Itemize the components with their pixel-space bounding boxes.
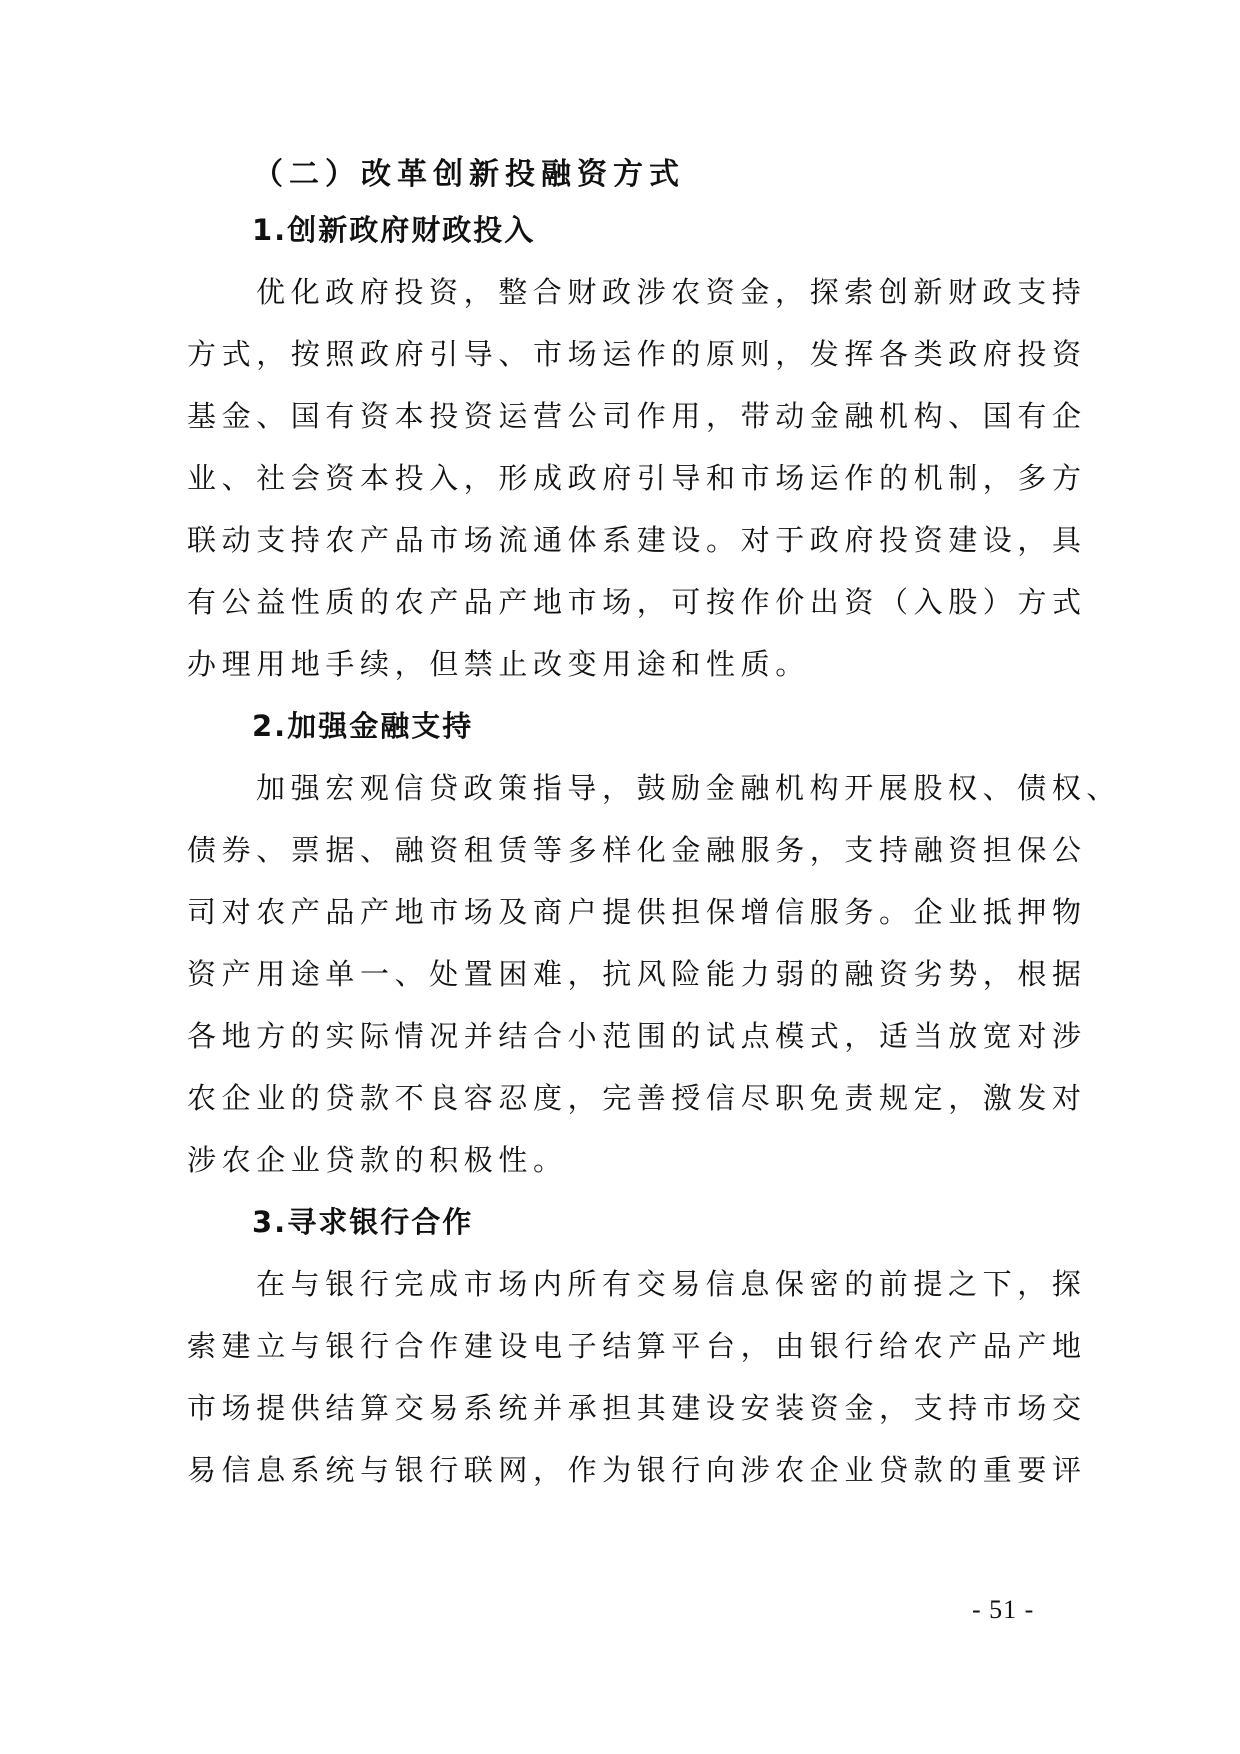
paragraph-line: 农企业的贷款不良容忍度，完善授信尽职免责规定，激发对 bbox=[187, 1073, 1067, 1123]
subsection-heading-1: 1.创新政府财政投入 bbox=[252, 205, 1132, 255]
paragraph-line: 加强宏观信贷政策指导，鼓励金融机构开展股权、债权、 bbox=[256, 763, 1136, 813]
paragraph-line: 业、社会资本投入，形成政府引导和市场运作的机制，多方 bbox=[187, 453, 1067, 503]
paragraph-line: 联动支持农产品市场流通体系建设。对于政府投资建设，具 bbox=[187, 515, 1067, 565]
section-heading: （二）改革创新投融资方式 bbox=[253, 150, 1133, 200]
paragraph-line: 资产用途单一、处置困难，抗风险能力弱的融资劣势，根据 bbox=[187, 949, 1067, 999]
page-number: - 51 - bbox=[972, 1590, 1034, 1630]
paragraph-line: 基金、国有资本投资运营公司作用，带动金融机构、国有企 bbox=[187, 391, 1067, 441]
paragraph-line: 涉农企业贷款的积极性。 bbox=[187, 1135, 1067, 1185]
paragraph-line: 有公益性质的农产品产地市场，可按作价出资（入股）方式 bbox=[187, 577, 1067, 627]
paragraph-line: 方式，按照政府引导、市场运作的原则，发挥各类政府投资 bbox=[187, 329, 1067, 379]
paragraph-line: 司对农产品产地市场及商户提供担保增信服务。企业抵押物 bbox=[187, 887, 1067, 937]
document-page: （二）改革创新投融资方式 1.创新政府财政投入 优化政府投资，整合财政涉农资金，… bbox=[0, 0, 1240, 1754]
paragraph-line: 市场提供结算交易系统并承担其建设安装资金，支持市场交 bbox=[187, 1383, 1067, 1433]
subsection-heading-2: 2.加强金融支持 bbox=[252, 701, 1132, 751]
paragraph-line: 易信息系统与银行联网，作为银行向涉农企业贷款的重要评 bbox=[187, 1445, 1067, 1495]
paragraph-line: 在与银行完成市场内所有交易信息保密的前提之下，探 bbox=[256, 1259, 1136, 1309]
paragraph-line: 优化政府投资，整合财政涉农资金，探索创新财政支持 bbox=[256, 267, 1136, 317]
subsection-heading-3: 3.寻求银行合作 bbox=[252, 1197, 1132, 1247]
paragraph-line: 索建立与银行合作建设电子结算平台，由银行给农产品产地 bbox=[187, 1321, 1067, 1371]
paragraph-line: 办理用地手续，但禁止改变用途和性质。 bbox=[187, 639, 1067, 689]
paragraph-line: 债券、票据、融资租赁等多样化金融服务，支持融资担保公 bbox=[187, 825, 1067, 875]
paragraph-line: 各地方的实际情况并结合小范围的试点模式，适当放宽对涉 bbox=[187, 1011, 1067, 1061]
